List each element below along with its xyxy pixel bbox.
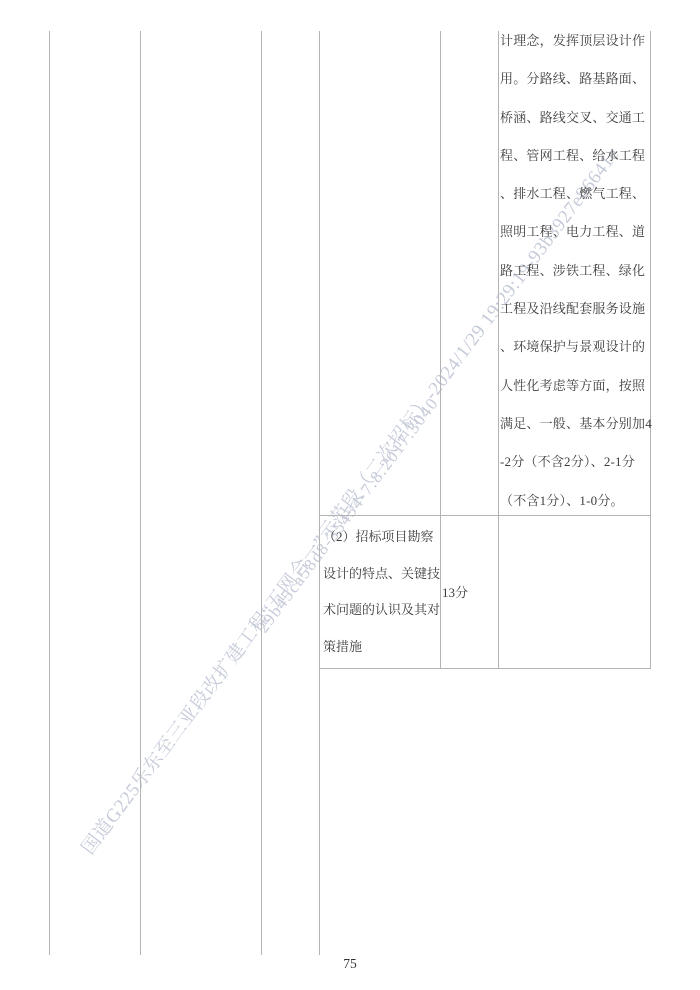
score-value: 13分 — [442, 582, 468, 601]
item-text-line: 策措施 — [323, 629, 441, 666]
document-page: 国道G225乐东至三亚段改扩建工程“五网合一”示范段（二次招标）-2024/1/… — [0, 0, 700, 990]
criteria-text-line: 桥涵、路线交叉、交通工 — [500, 99, 652, 137]
page-number: 75 — [0, 956, 700, 972]
criteria-cell-row1: 计理念，发挥顶层设计作 用。分路线、路基路面、 桥涵、路线交叉、交通工 程、管网… — [500, 22, 652, 520]
score-cell-row2: 13分 — [440, 515, 498, 668]
item-cell-row2: （2）招标项目勘察 设计的特点、关键技 术问题的认识及其对 策措施 — [323, 519, 441, 665]
criteria-text-line: 路工程、涉铁工程、绿化 — [500, 252, 652, 290]
table-column-border-3 — [261, 31, 262, 955]
criteria-text-line: 满足、一般、基本分别加4 — [500, 405, 652, 443]
criteria-cell-row2-empty — [498, 515, 650, 668]
criteria-text-line: 用。分路线、路基路面、 — [500, 60, 652, 98]
criteria-text-line: 工程及沿线配套服务设施 — [500, 290, 652, 328]
criteria-text-line: 计理念，发挥顶层设计作 — [500, 22, 652, 60]
item-text-line: 设计的特点、关键技 — [323, 556, 441, 593]
criteria-text-line: 程、管网工程、给水工程 — [500, 137, 652, 175]
table-column-border-1 — [49, 31, 50, 955]
criteria-text-line: 、排水工程、燃气工程、 — [500, 175, 652, 213]
table-column-border-4 — [319, 31, 320, 955]
criteria-text-line: 、环境保护与景观设计的 — [500, 328, 652, 366]
table-row-border-2 — [319, 668, 651, 669]
criteria-text-line: -2分（不含2分）、2-1分 — [500, 443, 652, 481]
item-text-line: （2）招标项目勘察 — [323, 519, 441, 556]
criteria-text-line: 人性化考虑等方面，按照 — [500, 367, 652, 405]
item-text-line: 术问题的认识及其对 — [323, 592, 441, 629]
criteria-text-line: 照明工程、电力工程、道 — [500, 213, 652, 251]
table-column-border-2 — [140, 31, 141, 955]
